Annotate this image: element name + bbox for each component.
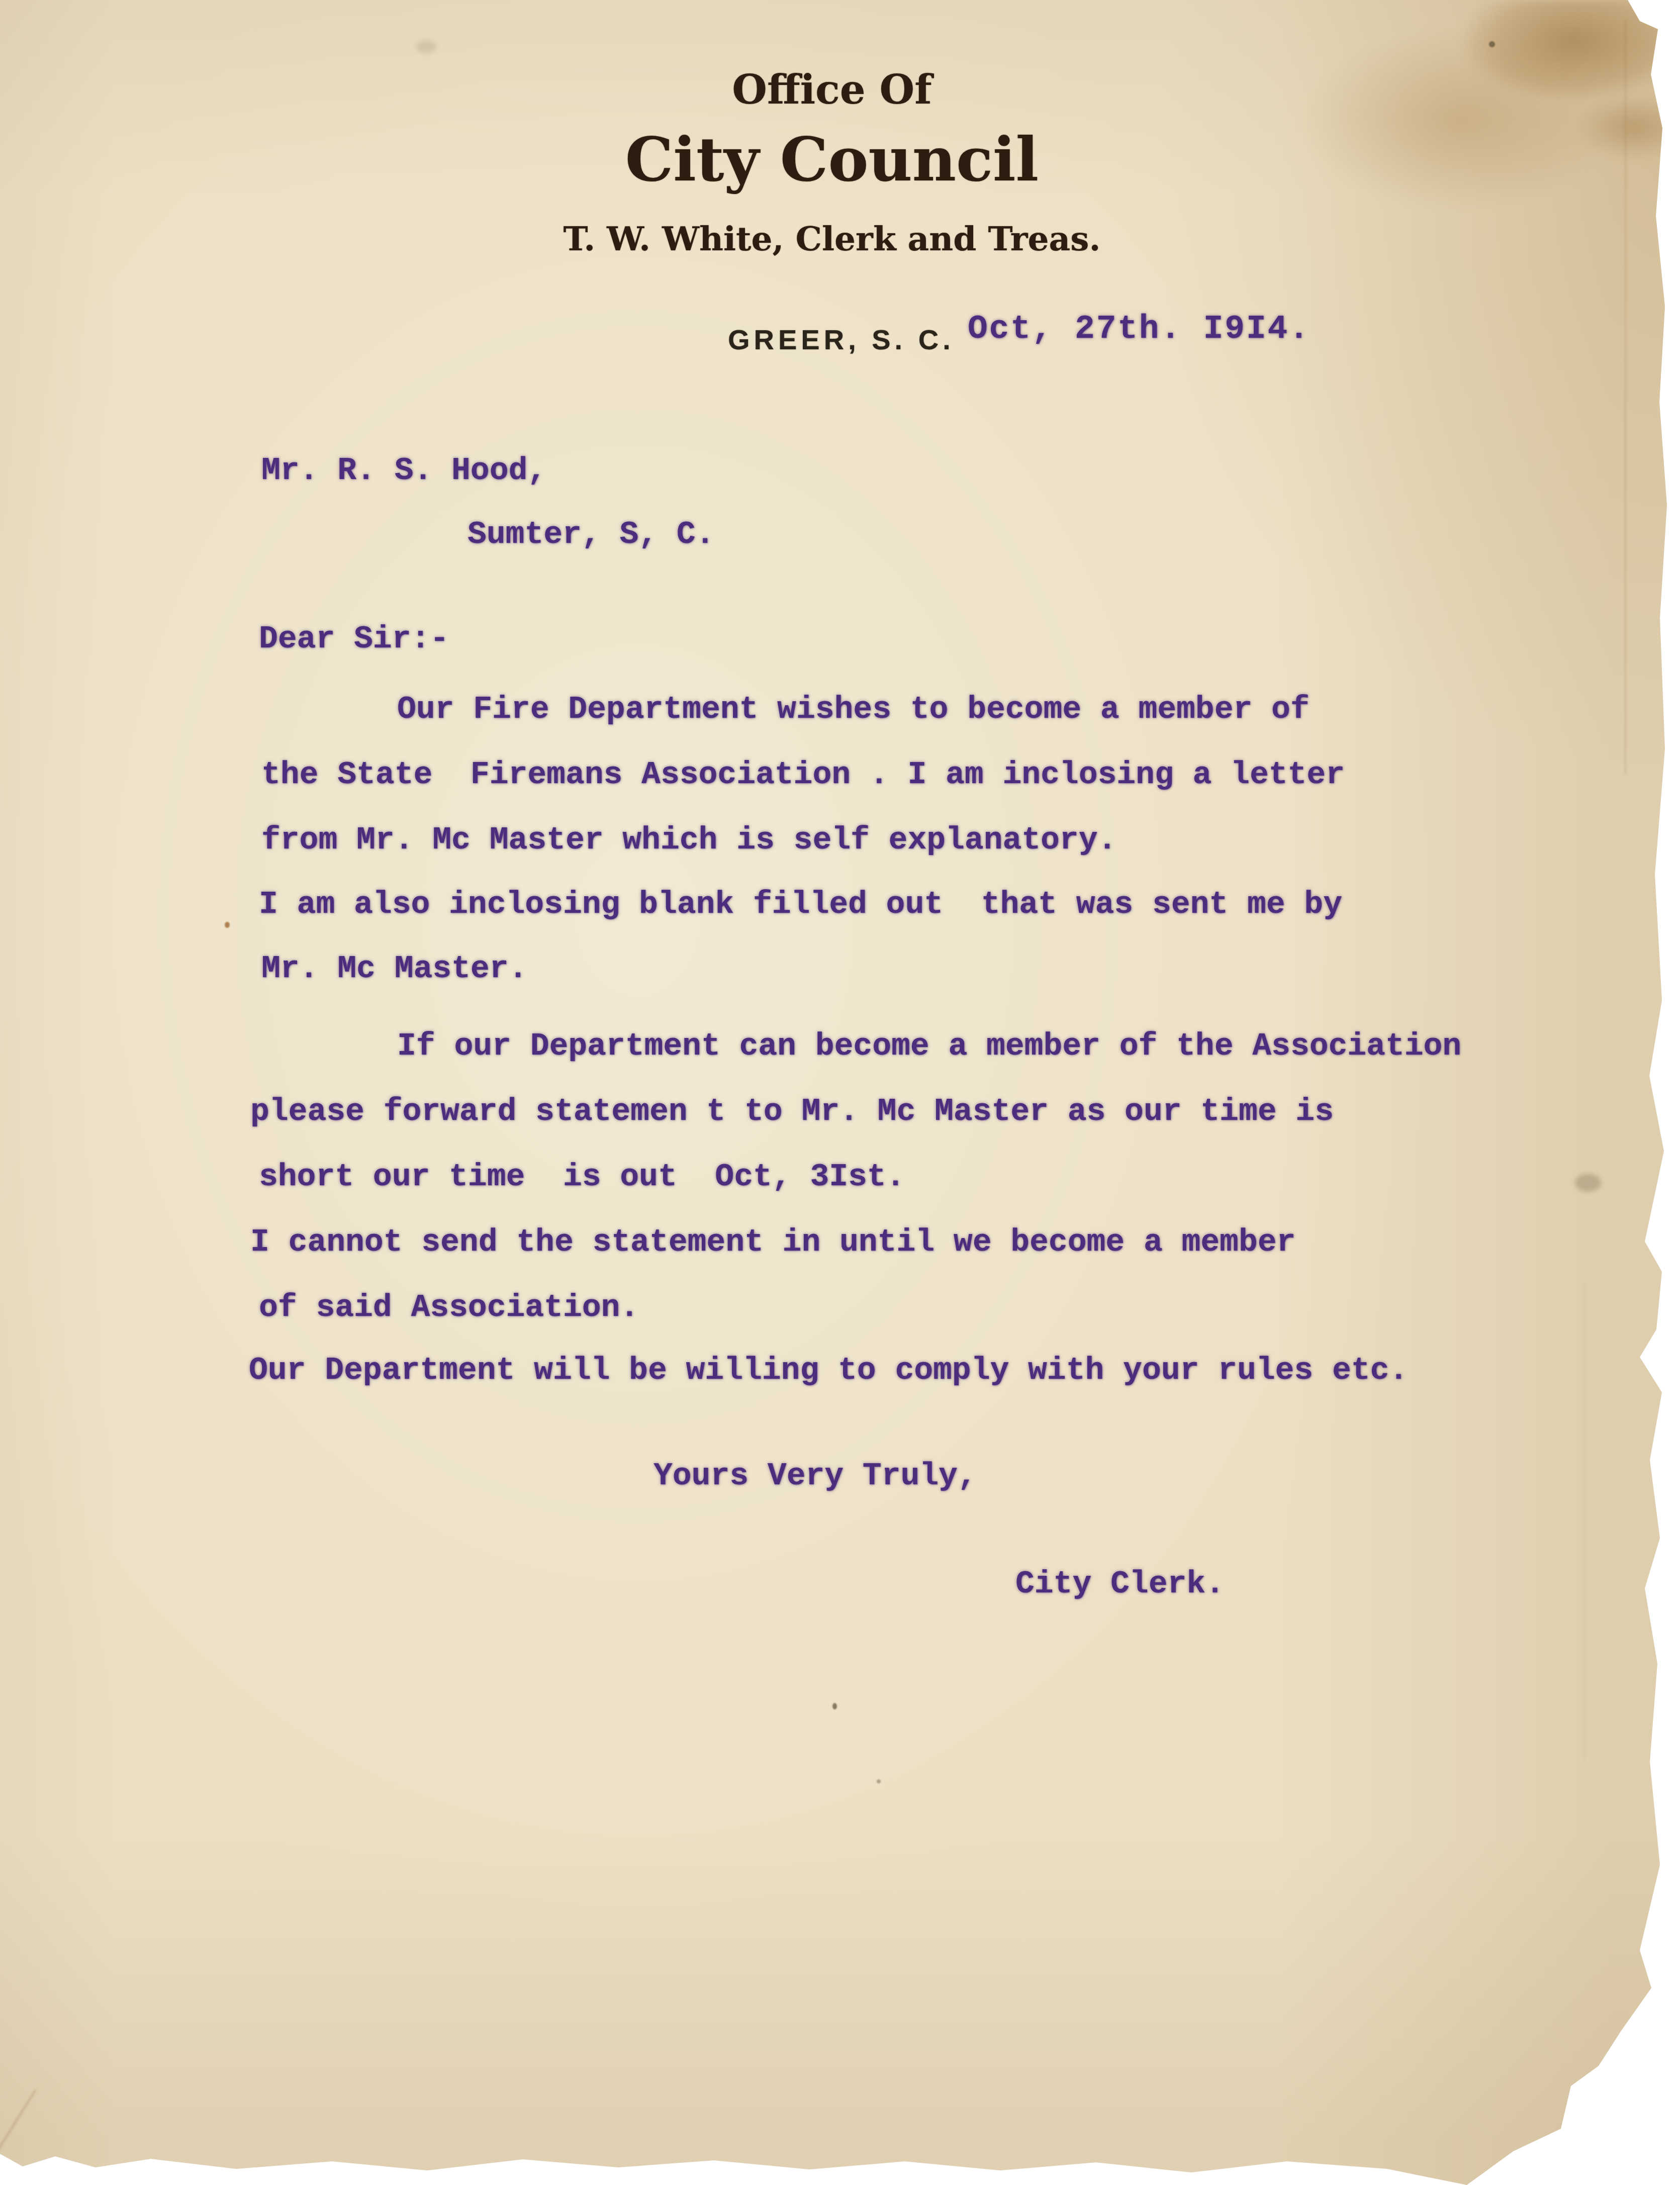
ink-speck [1489, 41, 1495, 47]
body-line: of said Association. [259, 1292, 639, 1323]
dirt-speck [832, 1703, 837, 1709]
body-line: short our time is out Oct, 3Ist. [259, 1161, 905, 1193]
letterhead-clerk-line: T. W. White, Clerk and Treas. [0, 222, 1664, 255]
scan-background: Office Of City Council T. W. White, Cler… [0, 0, 1680, 2185]
faint-smudge [416, 40, 436, 53]
body-line: Our Department will be willing to comply… [249, 1355, 1408, 1386]
body-line: If our Department can become a member of… [397, 1030, 1461, 1062]
body-line: I am also inclosing blank filled out tha… [259, 889, 1342, 920]
small-speck [877, 1779, 881, 1783]
letterhead-organization: City Council [0, 130, 1664, 190]
letterhead-place: GREER, S. C. [728, 326, 955, 354]
recipient-name: Mr. R. S. Hood, [261, 455, 546, 487]
recipient-address: Sumter, S, C. [468, 519, 714, 550]
letter-paper: Office Of City Council T. W. White, Cler… [0, 0, 1680, 2185]
rust-speck [225, 922, 230, 928]
valediction: Yours Very Truly, [654, 1460, 977, 1492]
body-line: please forward statemen t to Mr. Mc Mast… [250, 1096, 1334, 1127]
body-line: from Mr. Mc Master which is self explana… [261, 824, 1116, 856]
body-line: Mr. Mc Master. [261, 953, 527, 985]
body-line: Our Fire Department wishes to become a m… [397, 694, 1310, 725]
typed-date: Oct, 27th. I9I4. [968, 313, 1311, 346]
paper-crease-right-lower [1583, 1282, 1585, 1759]
edge-speck [1618, 2146, 1625, 2156]
salutation: Dear Sir:- [259, 623, 449, 655]
body-line: I cannot send the statement in until we … [250, 1226, 1295, 1258]
body-line: the State Firemans Association . I am in… [261, 759, 1345, 791]
water-stain-top-right [1298, 0, 1680, 231]
smudge-spot [1575, 1174, 1601, 1192]
paper-fold-bottom-left [0, 2089, 37, 2185]
signature-title: City Clerk. [1015, 1568, 1225, 1600]
letterhead-office-of: Office Of [0, 69, 1664, 110]
